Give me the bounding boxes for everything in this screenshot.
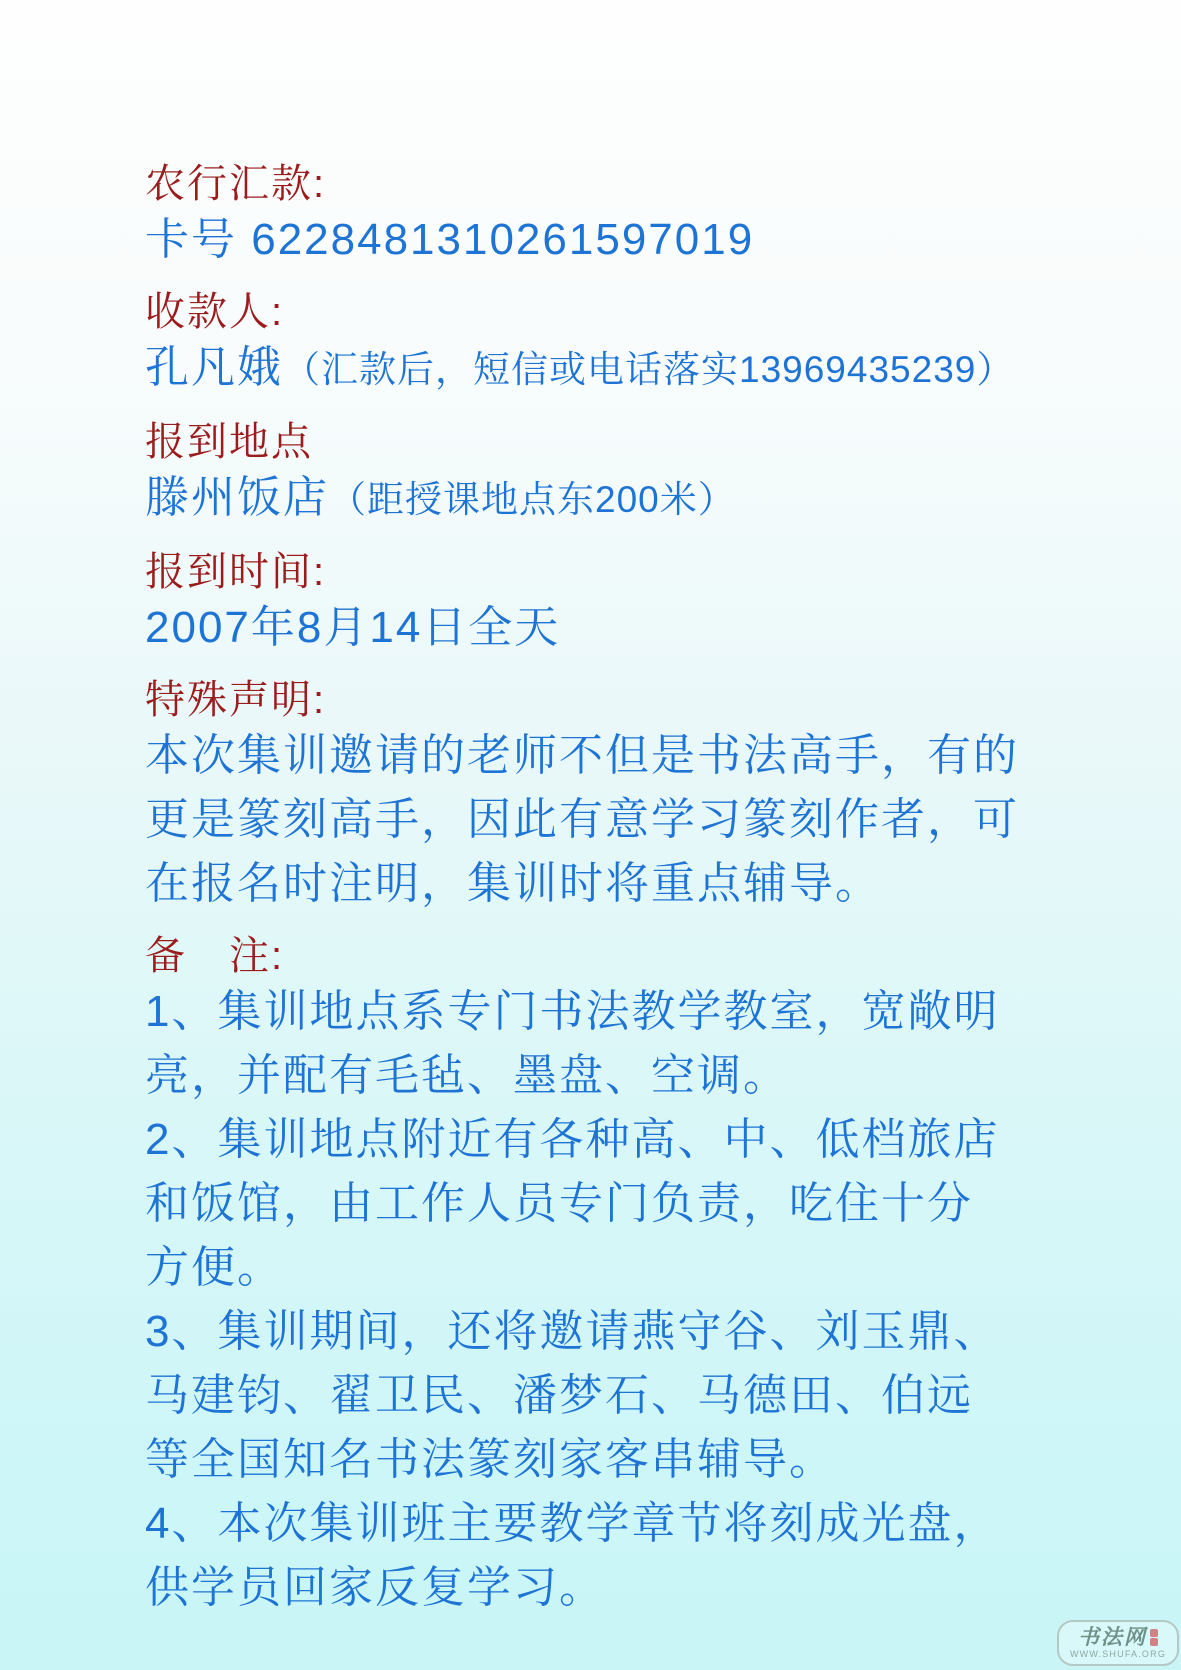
remarks-label: 备 注: bbox=[145, 932, 1045, 980]
remark-item-1: 1、集训地点系专门书法教学教室，宽敞明 亮，并配有毛毡、墨盘、空调。 bbox=[145, 980, 1045, 1108]
special-notice-label: 特殊声明: bbox=[145, 676, 1045, 724]
watermark-top-row: 书法网 bbox=[1078, 1627, 1158, 1649]
venue-distance-note: （距授课地点东200米） bbox=[329, 479, 736, 520]
venue-label: 报到地点 bbox=[145, 418, 1045, 466]
remark-item-2: 2、集训地点附近有各种高、中、低档旅店 和饭馆，由工作人员专门负责，吃住十分 方… bbox=[145, 1108, 1045, 1300]
card-number: 卡号 6228481310261597019 bbox=[145, 208, 1045, 272]
payee-line: 孔凡娥（汇款后，短信或电话落实13969435239） bbox=[145, 336, 1045, 402]
checkin-time: 2007年8月14日全天 bbox=[145, 596, 1045, 660]
watermark-site-name: 书法网 bbox=[1078, 1627, 1147, 1649]
watermark-site-url: WWW.SHUFA.ORG bbox=[1070, 1649, 1166, 1660]
payee-name: 孔凡娥 bbox=[145, 343, 283, 392]
announcement-body: 农行汇款: 卡号 6228481310261597019 收款人: 孔凡娥（汇款… bbox=[145, 160, 1045, 1620]
venue-line: 滕州饭店（距授课地点东200米） bbox=[145, 466, 1045, 532]
venue-name: 滕州饭店 bbox=[145, 473, 329, 522]
seal-icon bbox=[1150, 1629, 1158, 1646]
remark-item-4: 4、本次集训班主要教学章节将刻成光盘， 供学员回家反复学习。 bbox=[145, 1492, 1045, 1620]
shufa-watermark: 书法网 WWW.SHUFA.ORG bbox=[1057, 1620, 1179, 1666]
checkin-time-label: 报到时间: bbox=[145, 548, 1045, 596]
announcement-page: 农行汇款: 卡号 6228481310261597019 收款人: 孔凡娥（汇款… bbox=[0, 0, 1181, 1670]
payee-phone-note: （汇款后，短信或电话落实13969435239） bbox=[283, 349, 1014, 390]
remark-item-3: 3、集训期间，还将邀请燕守谷、刘玉鼎、 马建钧、翟卫民、潘梦石、马德田、伯远 等… bbox=[145, 1300, 1045, 1492]
payee-label: 收款人: bbox=[145, 288, 1045, 336]
bank-transfer-label: 农行汇款: bbox=[145, 160, 1045, 208]
special-notice-body: 本次集训邀请的老师不但是书法高手，有的 更是篆刻高手，因此有意学习篆刻作者，可 … bbox=[145, 724, 1045, 916]
